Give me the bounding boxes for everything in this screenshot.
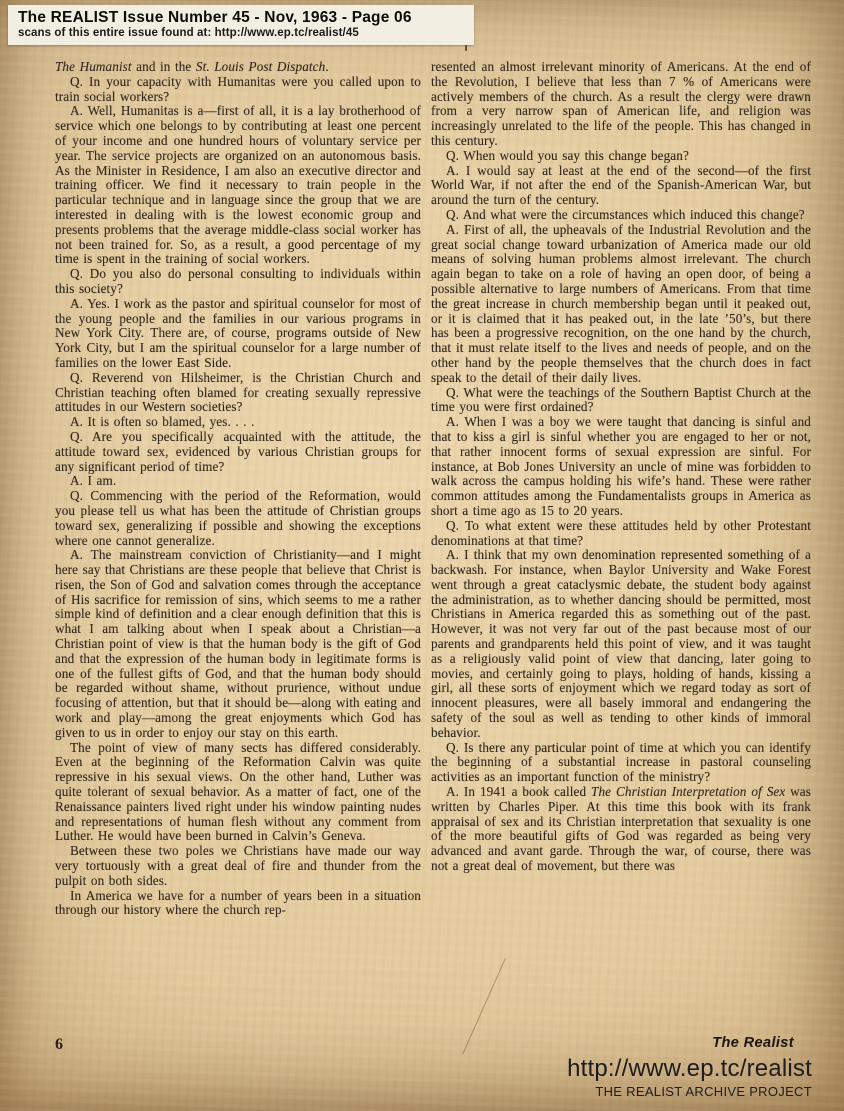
page-number: 6 xyxy=(55,1036,63,1054)
archive-url: http://www.ep.tc/realist xyxy=(567,1056,812,1082)
text-column-right: resented an almost irrelevant minority o… xyxy=(431,60,811,874)
archive-footer: http://www.ep.tc/realist THE REALIST ARC… xyxy=(567,1056,812,1100)
magazine-brand: The Realist xyxy=(712,1035,794,1051)
paragraph: A. I am. xyxy=(55,474,421,489)
archive-header-label: The REALIST Issue Number 45 - Nov, 1963 … xyxy=(8,5,474,45)
paragraph: A. When I was a boy we were taught that … xyxy=(431,415,811,519)
paragraph: A. The mainstream conviction of Christia… xyxy=(55,548,421,740)
paragraph: A. First of all, the upheavals of the In… xyxy=(431,223,811,386)
paragraph: Q. What were the teachings of the Southe… xyxy=(431,386,811,416)
scan-scratch-artifact xyxy=(462,958,506,1054)
issue-scan-source: scans of this entire issue found at: htt… xyxy=(18,27,466,40)
paragraph: resented an almost irrelevant minority o… xyxy=(431,60,811,149)
paragraph: A. I would say at least at the end of th… xyxy=(431,164,811,208)
archive-project-name: THE REALIST ARCHIVE PROJECT xyxy=(567,1084,812,1100)
paragraph: The point of view of many sects has diff… xyxy=(55,741,421,845)
paragraph: A. In 1941 a book called The Christian I… xyxy=(431,785,811,874)
paragraph: A. I think that my own denomination repr… xyxy=(431,548,811,740)
paragraph: Q. Is there any particular point of time… xyxy=(431,741,811,785)
paragraph: Q. Are you specifically acquainted with … xyxy=(55,430,421,474)
text-column-left: The Humanist and in the St. Louis Post D… xyxy=(55,60,421,918)
paragraph: Between these two poles we Christians ha… xyxy=(55,844,421,888)
scanned-page: The REALIST Issue Number 45 - Nov, 1963 … xyxy=(0,0,844,1111)
paragraph: Q. Do you also do personal consulting to… xyxy=(55,267,421,297)
issue-title: The REALIST Issue Number 45 - Nov, 1963 … xyxy=(18,9,466,27)
paragraph: In America we have for a number of years… xyxy=(55,889,421,919)
paragraph: Q. When would you say this change began? xyxy=(431,149,811,164)
paragraph: A. It is often so blamed, yes. . . . xyxy=(55,415,421,430)
paragraph: A. Yes. I work as the pastor and spiritu… xyxy=(55,297,421,371)
paragraph: Q. Reverend von Hilsheimer, is the Chris… xyxy=(55,371,421,415)
paragraph: A. Well, Humanitas is a—first of all, it… xyxy=(55,104,421,267)
paragraph: Q. Commencing with the period of the Ref… xyxy=(55,489,421,548)
paragraph: Q. In your capacity with Humanitas were … xyxy=(55,75,421,105)
paragraph: Q. To what extent were these attitudes h… xyxy=(431,519,811,549)
paragraph: Q. And what were the circumstances which… xyxy=(431,208,811,223)
paragraph: The Humanist and in the St. Louis Post D… xyxy=(55,60,421,75)
